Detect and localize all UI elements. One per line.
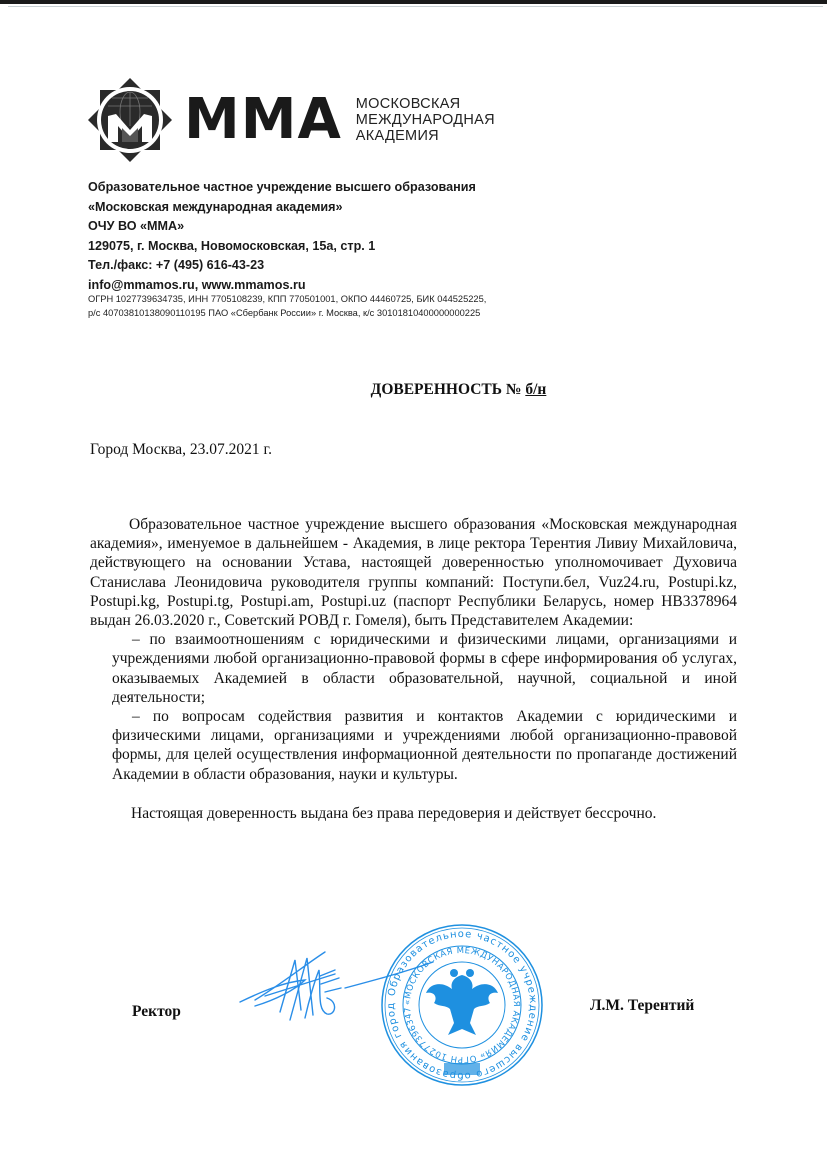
globe-book-emblem-icon xyxy=(86,76,174,164)
logo-name-line: АКАДЕМИЯ xyxy=(356,128,495,144)
main-paragraph: Образовательное частное учреждение высше… xyxy=(90,515,737,630)
logo-full-name: МОСКОВСКАЯ МЕЖДУНАРОДНАЯ АКАДЕМИЯ xyxy=(356,96,495,144)
requisites-line: р/с 40703810138090110195 ПАО «Сбербанк Р… xyxy=(88,306,486,320)
logo-name-line: МОСКОВСКАЯ xyxy=(356,96,495,112)
requisites-line: ОГРН 1027739634735, ИНН 7705108239, КПП … xyxy=(88,292,486,306)
org-full-name: Образовательное частное учреждение высше… xyxy=(88,178,476,198)
scan-edge-line xyxy=(8,6,823,7)
authority-item: – по взаимоотношениям с юридическими и ф… xyxy=(112,630,737,707)
organization-details: Образовательное частное учреждение высше… xyxy=(88,178,476,296)
signer-position: Ректор xyxy=(132,1003,181,1021)
authority-item: – по вопросам содействия развития и конт… xyxy=(112,707,737,784)
title-prefix: ДОВЕРЕННОСТЬ № xyxy=(371,381,526,398)
academy-logo: ММА МОСКОВСКАЯ МЕЖДУНАРОДНАЯ АКАДЕМИЯ xyxy=(86,76,495,164)
place-and-date: Город Москва, 23.07.2021 г. xyxy=(90,441,272,459)
round-seal-eagle-icon: Образовательное частное учреждение высше… xyxy=(378,923,546,1088)
document-title: ДОВЕРЕННОСТЬ № б/н xyxy=(0,381,827,399)
bank-requisites: ОГРН 1027739634735, ИНН 7705108239, КПП … xyxy=(88,292,486,320)
org-short-name: ОЧУ ВО «ММА» xyxy=(88,217,476,237)
authority-list: – по взаимоотношениям с юридическими и ф… xyxy=(90,630,737,784)
closing-statement: Настоящая доверенность выдана без права … xyxy=(131,805,656,823)
logo-name-line: МЕЖДУНАРОДНАЯ xyxy=(356,112,495,128)
logo-abbreviation: ММА xyxy=(184,92,342,148)
org-name-quoted: «Московская международная академия» xyxy=(88,198,476,218)
scan-top-edge xyxy=(0,0,827,4)
document-body: Образовательное частное учреждение высше… xyxy=(90,515,737,784)
signer-name: Л.М. Терентий xyxy=(590,997,694,1015)
org-address: 129075, г. Москва, Новомосковская, 15а, … xyxy=(88,237,476,257)
title-number: б/н xyxy=(525,381,546,398)
org-phone: Тел./факс: +7 (495) 616-43-23 xyxy=(88,256,476,276)
